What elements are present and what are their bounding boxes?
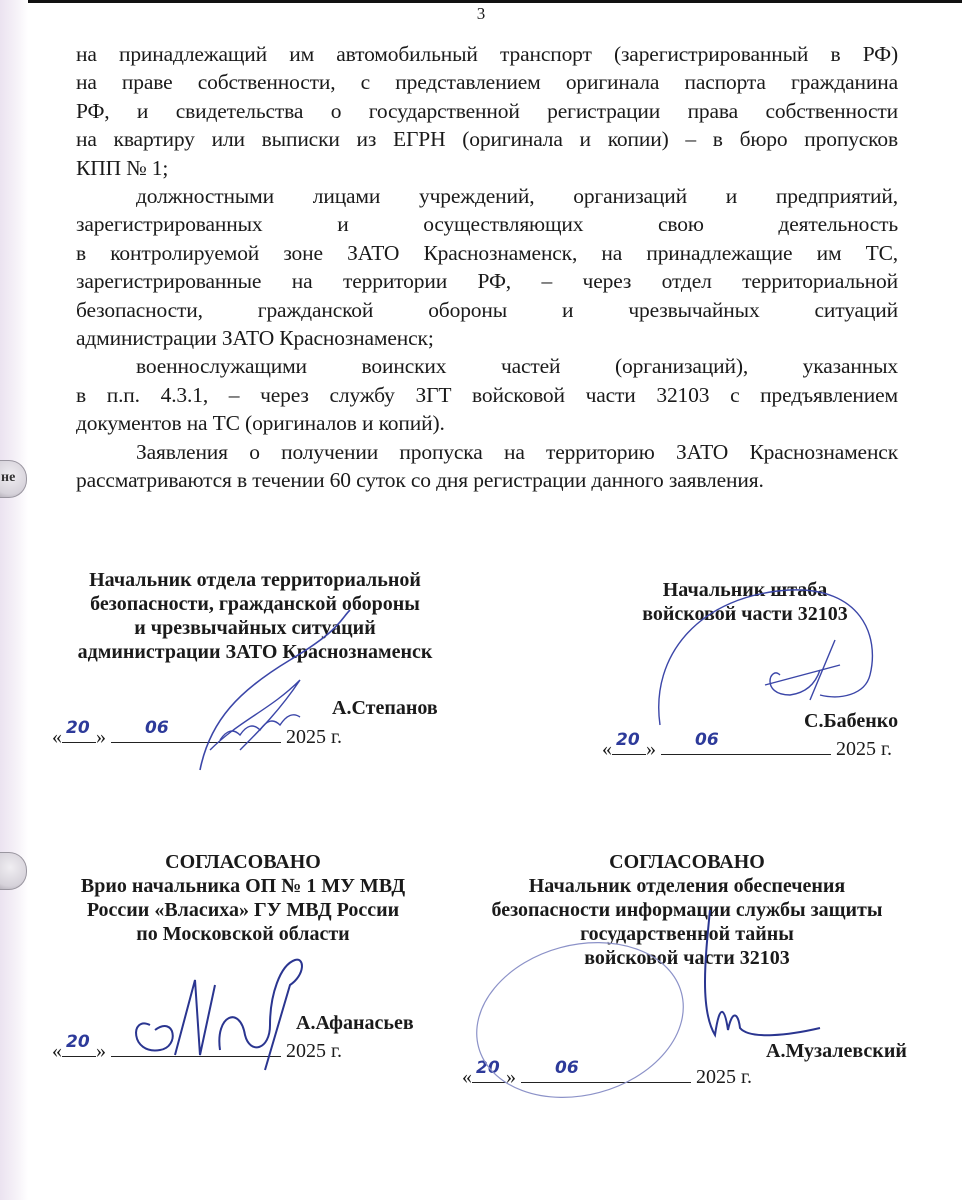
body-line: на праве собственности, с представлением… bbox=[76, 68, 898, 96]
signature-block-territorial-security: Начальник отдела территориальной безопас… bbox=[48, 568, 462, 664]
binder-tab-text: не bbox=[1, 470, 15, 486]
signatory-title-line: безопасности, гражданской обороны bbox=[48, 592, 462, 616]
body-line: РФ, и свидетельства о государственной ре… bbox=[76, 97, 898, 125]
body-line: документов на ТС (оригиналов и копий). bbox=[76, 409, 898, 437]
handwritten-day: 20 bbox=[66, 1032, 90, 1052]
body-line: администрации ЗАТО Краснознаменск; bbox=[76, 324, 898, 352]
handwritten-day: 20 bbox=[476, 1058, 500, 1078]
handwritten-day: 20 bbox=[616, 730, 640, 750]
date-month-field: 06 bbox=[661, 736, 831, 755]
date-day-field: 20 bbox=[62, 724, 96, 743]
signatory-title-line: России «Власиха» ГУ МВД России bbox=[48, 898, 438, 922]
signatory-title-line: войсковой части 32103 bbox=[462, 946, 912, 970]
document-body: на принадлежащий им автомобильный трансп… bbox=[76, 40, 898, 495]
scan-top-border bbox=[0, 0, 962, 3]
body-line: военнослужащими воинских частей (организ… bbox=[76, 352, 898, 380]
body-line: рассматриваются в течении 60 суток со дн… bbox=[76, 466, 898, 494]
signatory-title-line: администрации ЗАТО Краснознаменск bbox=[48, 640, 462, 664]
body-paragraph: на принадлежащий им автомобильный трансп… bbox=[76, 40, 898, 182]
date-month-field: 06 bbox=[111, 724, 281, 743]
signatory-title-line: Начальник отделения обеспечения bbox=[462, 874, 912, 898]
date-month-field bbox=[111, 1038, 281, 1057]
signatory-title-line: Врио начальника ОП № 1 МУ МВД bbox=[48, 874, 438, 898]
body-line: должностными лицами учреждений, организа… bbox=[76, 182, 898, 210]
body-paragraph: военнослужащими воинских частей (организ… bbox=[76, 352, 898, 437]
body-paragraph: должностными лицами учреждений, организа… bbox=[76, 182, 898, 352]
signatory-title-line: государственной тайны bbox=[462, 922, 912, 946]
page-number: 3 bbox=[0, 4, 962, 24]
signatory-name: А.Афанасьев bbox=[296, 1012, 414, 1035]
date-year: 2025 г. bbox=[286, 726, 342, 748]
handwritten-month: 06 bbox=[555, 1058, 579, 1078]
signatory-title-line: по Московской области bbox=[48, 922, 438, 946]
body-line: зарегистрированные на территории РФ, – ч… bbox=[76, 267, 898, 295]
signatory-name: А.Степанов bbox=[332, 697, 438, 720]
handwritten-day: 20 bbox=[66, 718, 90, 738]
signature-block-police-approval: СОГЛАСОВАНО Врио начальника ОП № 1 МУ МВ… bbox=[48, 850, 438, 946]
body-paragraph: Заявления о получении пропуска на террит… bbox=[76, 438, 898, 495]
approval-label: СОГЛАСОВАНО bbox=[48, 850, 438, 874]
body-line: на принадлежащий им автомобильный трансп… bbox=[76, 40, 898, 68]
date-year: 2025 г. bbox=[696, 1066, 752, 1088]
body-line: зарегистрированных и осуществляющих свою… bbox=[76, 210, 898, 238]
body-line: в п.п. 4.3.1, – через службу ЗГТ войсков… bbox=[76, 381, 898, 409]
signature-block-state-secret-approval: СОГЛАСОВАНО Начальник отделения обеспече… bbox=[462, 850, 912, 970]
signatory-title-line: и чрезвычайных ситуаций bbox=[48, 616, 462, 640]
body-line: КПП № 1; bbox=[76, 154, 898, 182]
signatory-name: С.Бабенко bbox=[804, 710, 898, 733]
signatory-name: А.Музалевский bbox=[766, 1040, 907, 1063]
handwritten-month: 06 bbox=[695, 730, 719, 750]
body-line: безопасности, гражданской обороны и чрез… bbox=[76, 296, 898, 324]
signature-date: «20» 06 2025 г. bbox=[602, 736, 892, 761]
date-year: 2025 г. bbox=[836, 738, 892, 760]
signature-date: «20» 2025 г. bbox=[52, 1038, 342, 1063]
body-line: в контролируемой зоне ЗАТО Краснознаменс… bbox=[76, 239, 898, 267]
signature-date: «20» 06 2025 г. bbox=[52, 724, 342, 749]
signature-date: «20» 06 2025 г. bbox=[462, 1064, 752, 1089]
signatory-title-line: Начальник отдела территориальной bbox=[48, 568, 462, 592]
signatory-title-line: безопасности информации службы защиты bbox=[462, 898, 912, 922]
signature-block-chief-of-staff: Начальник штаба войсковой части 32103 bbox=[590, 578, 900, 626]
date-month-field: 06 bbox=[521, 1064, 691, 1083]
date-day-field: 20 bbox=[472, 1064, 506, 1083]
body-line: Заявления о получении пропуска на террит… bbox=[76, 438, 898, 466]
scan-left-edge-shadow bbox=[0, 0, 28, 1200]
date-day-field: 20 bbox=[612, 736, 646, 755]
handwritten-month: 06 bbox=[145, 718, 169, 738]
date-year: 2025 г. bbox=[286, 1040, 342, 1062]
date-day-field: 20 bbox=[62, 1038, 96, 1057]
approval-label: СОГЛАСОВАНО bbox=[462, 850, 912, 874]
body-line: на квартиру или выписки из ЕГРН (оригина… bbox=[76, 125, 898, 153]
signatory-title-line: Начальник штаба bbox=[590, 578, 900, 602]
signatory-title-line: войсковой части 32103 bbox=[590, 602, 900, 626]
